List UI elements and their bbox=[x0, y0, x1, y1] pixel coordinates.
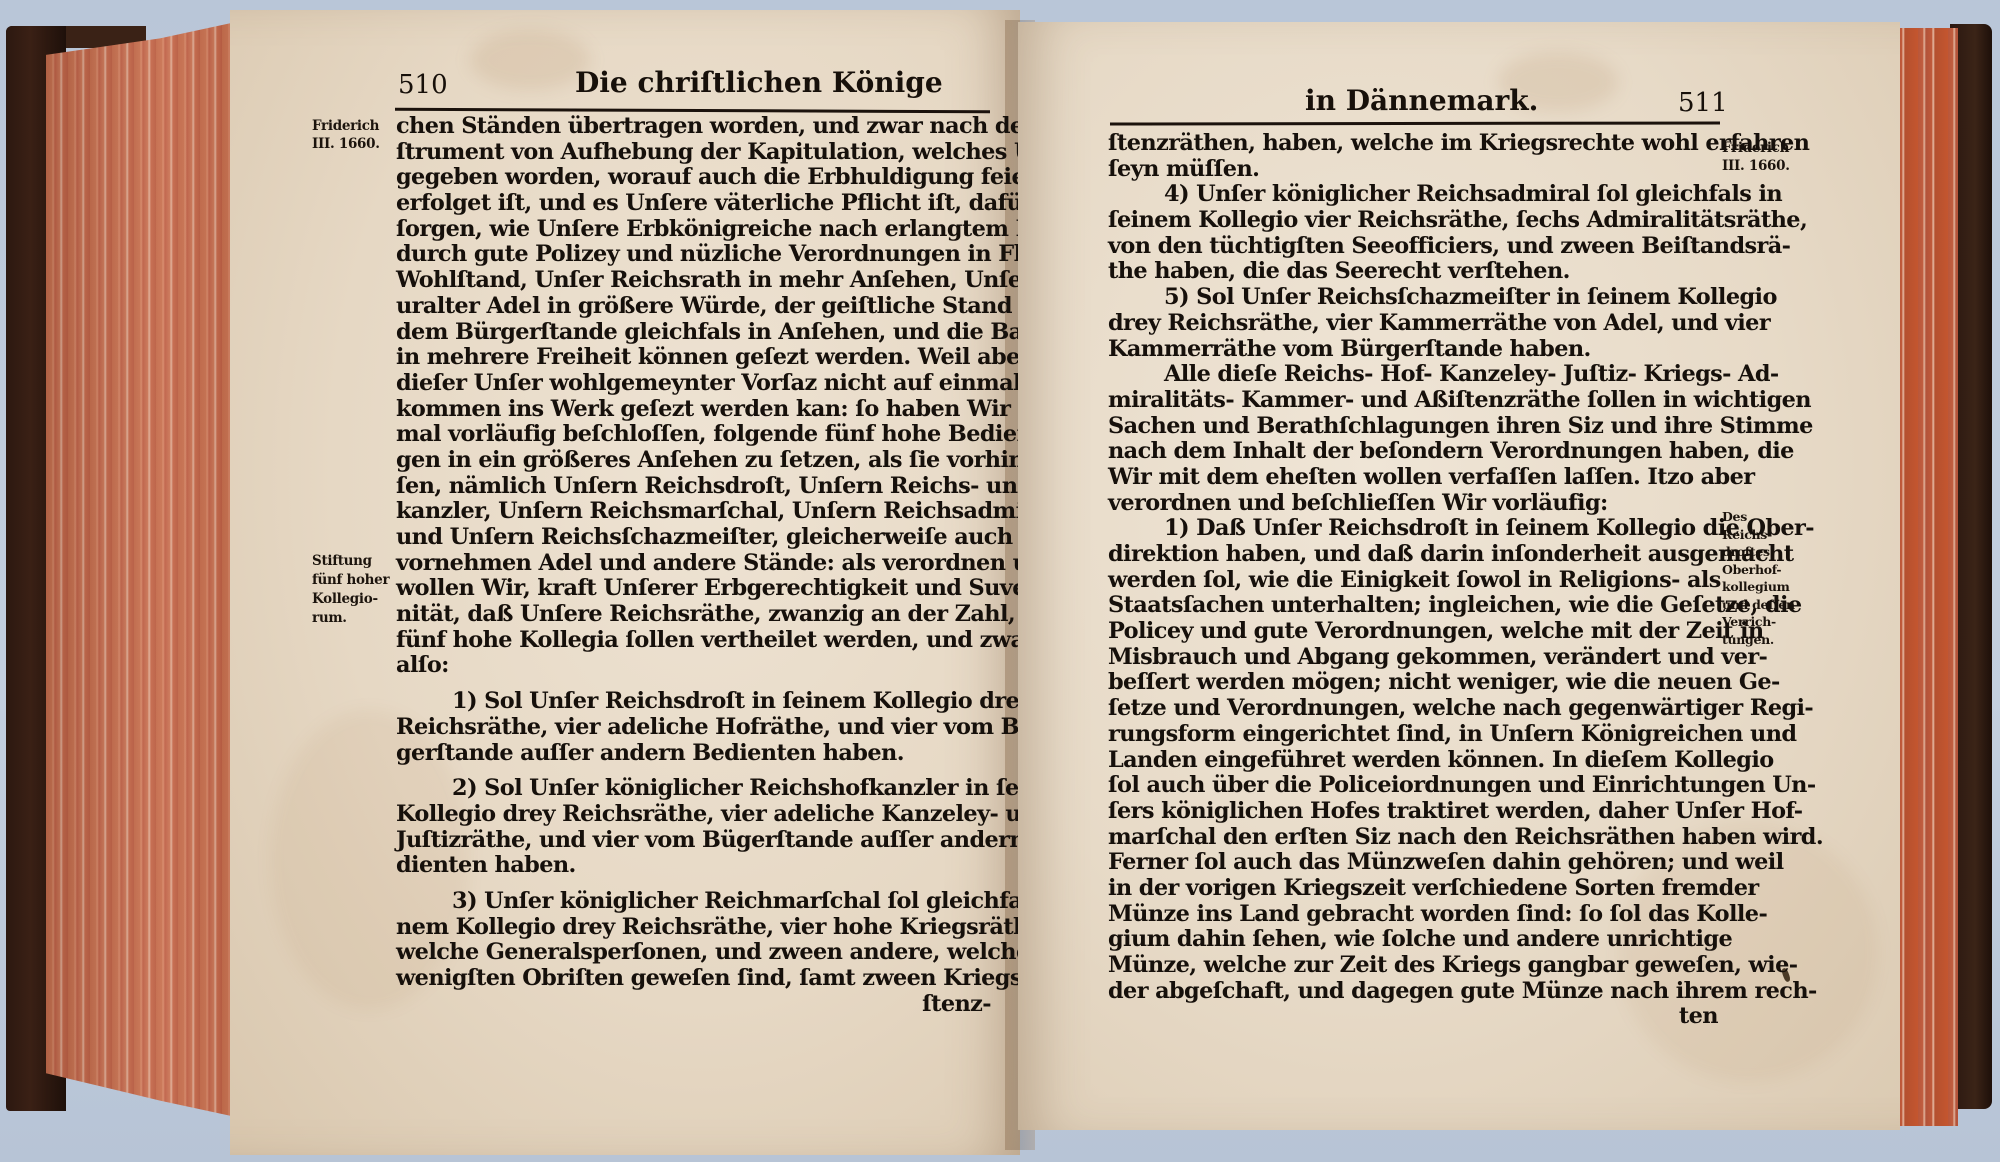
text-line: Ferner ſol auch das Münzweſen dahin gehö… bbox=[1108, 850, 1718, 876]
text-line: wollen Wir, kraft Unſerer Erbgerechtigke… bbox=[396, 576, 991, 602]
catchword: ſtenz- bbox=[396, 992, 991, 1018]
text-line: ſetze und Verordnungen, welche nach gege… bbox=[1108, 696, 1718, 722]
text-line: 1) Sol Unſer Reichsdroſt in ſeinem Kolle… bbox=[396, 689, 991, 715]
text-line: vornehmen Adel und andere Stände: als ve… bbox=[396, 551, 991, 577]
text-line: chen Ständen übertragen worden, und zwar… bbox=[396, 114, 991, 140]
text-line: und Unſern Reichsſchazmeiſter, gleicherw… bbox=[396, 525, 991, 551]
text-line: werden ſol, wie die Einigkeit ſowol in R… bbox=[1108, 568, 1718, 594]
text-line: ſol auch über die Policeiordnungen und E… bbox=[1108, 773, 1718, 799]
text-line: beſſert werden mögen; nicht weniger, wie… bbox=[1108, 670, 1718, 696]
text-line: Kammerräthe vom Bürgerſtande haben. bbox=[1108, 337, 1718, 363]
left-margin-note-date: Friderich III. 1660. bbox=[312, 117, 380, 153]
text-line: in der vorigen Kriegszeit verſchiedene S… bbox=[1108, 876, 1718, 902]
left-margin-note-stiftung: Stiftung fünf hoher Kollegio- rum. bbox=[312, 552, 389, 628]
left-page-body: chen Ständen übertragen worden, und zwar… bbox=[396, 114, 991, 1017]
text-line: 3) Unſer königlicher Reichmarſchal ſol g… bbox=[396, 889, 991, 915]
text-line: direktion haben, und daß darin inſonderh… bbox=[1108, 542, 1718, 568]
text-line: 5) Sol Unſer Reichsſchazmeiſter in ſeine… bbox=[1108, 285, 1718, 311]
text-line: gegeben worden, worauf auch die Erbhuldi… bbox=[396, 165, 991, 191]
text-line: kommen ins Werk geſezt werden kan: ſo ha… bbox=[396, 397, 991, 423]
text-line: Juſtizräthe, und vier vom Bügerſtande au… bbox=[396, 828, 991, 854]
left-page-number: 510 bbox=[398, 70, 448, 100]
text-line: miralitäts- Kammer- und Aßiſtenzräthe ſo… bbox=[1108, 388, 1718, 414]
text-line: gen in ein größeres Anſehen zu ſetzen, a… bbox=[396, 448, 991, 474]
text-line: 2) Sol Unſer königlicher Reichshofkanzle… bbox=[396, 776, 991, 802]
text-line: nem Kollegio drey Reichsräthe, vier hohe… bbox=[396, 915, 991, 941]
right-page-body: ſtenzräthen, haben, welche im Kriegsrech… bbox=[1108, 131, 1718, 1030]
text-line: welche Generalsperſonen, und zween ander… bbox=[396, 940, 991, 966]
text-line: Sachen und Berathſchlagungen ihren Siz u… bbox=[1108, 414, 1718, 440]
text-line: gium dahin ſehen, wie ſolche und andere … bbox=[1108, 927, 1718, 953]
text-line: ſeinem Kollegio vier Reichsräthe, ſechs … bbox=[1108, 208, 1718, 234]
text-line: ſeyn müſſen. bbox=[1108, 157, 1718, 183]
text-line: Misbrauch und Abgang gekommen, verändert… bbox=[1108, 645, 1718, 671]
text-line: ſtrument von Aufhebung der Kapitulation,… bbox=[396, 140, 991, 166]
text-line: gerſtande auſſer andern Bedienten haben. bbox=[396, 741, 991, 767]
text-line: nität, daß Unſere Reichsräthe, zwanzig a… bbox=[396, 602, 991, 628]
text-line: kanzler, Unſern Reichsmarſchal, Unſern R… bbox=[396, 499, 991, 525]
text-line: Wohlſtand, Unſer Reichsrath in mehr Anſe… bbox=[396, 268, 991, 294]
right-running-head: in Dännemark. bbox=[1305, 84, 1538, 117]
text-line: dem Bürgerſtande gleichfals in Anſehen, … bbox=[396, 320, 991, 346]
text-line: nach dem Inhalt der beſondern Verordnung… bbox=[1108, 439, 1718, 465]
text-line: uralter Adel in größere Würde, der geiſt… bbox=[396, 294, 991, 320]
text-line: Staatsſachen unterhalten; ingleichen, wi… bbox=[1108, 593, 1718, 619]
text-line: Landen eingeführet werden können. In die… bbox=[1108, 748, 1718, 774]
text-line: ſorgen, wie Unſere Erbkönigreiche nach e… bbox=[396, 217, 991, 243]
text-line: verordnen und beſchlieſſen Wir vorläufig… bbox=[1108, 491, 1718, 517]
text-line: Münze, welche zur Zeit des Kriegs gangba… bbox=[1108, 953, 1718, 979]
text-line: Wir mit dem eheſten wollen verfaſſen laſ… bbox=[1108, 465, 1718, 491]
text-line: the haben, die das Seerecht verſtehen. bbox=[1108, 259, 1718, 285]
text-line: erfolget iſt, und es Unſere väterliche P… bbox=[396, 191, 991, 217]
text-line: dienten haben. bbox=[396, 853, 991, 879]
text-line: ſtenzräthen, haben, welche im Kriegsrech… bbox=[1108, 131, 1718, 157]
text-line: Münze ins Land gebracht worden ſind: ſo … bbox=[1108, 902, 1718, 928]
text-line: rungsform eingerichtet ſind, in Unſern K… bbox=[1108, 722, 1718, 748]
text-line: Policey und gute Verordnungen, welche mi… bbox=[1108, 619, 1718, 645]
page-edges-left bbox=[46, 22, 236, 1117]
text-line: 1) Daß Unſer Reichsdroſt in ſeinem Kolle… bbox=[1108, 516, 1718, 542]
text-line: dieſer Unſer wohlgemeynter Vorſaz nicht … bbox=[396, 371, 991, 397]
text-line: in mehrere Freiheit können geſezt werden… bbox=[396, 345, 991, 371]
text-line: fünf hohe Kollegia ſollen vertheilet wer… bbox=[396, 628, 991, 654]
text-line: wenigſten Obriſten geweſen ſind, ſamt zw… bbox=[396, 966, 991, 992]
text-line: marſchal den erſten Siz nach den Reichsr… bbox=[1108, 825, 1718, 851]
text-line: 4) Unſer königlicher Reichsadmiral ſol g… bbox=[1108, 182, 1718, 208]
text-line: durch gute Polizey und nüzliche Verordnu… bbox=[396, 242, 991, 268]
text-line: mal vorläufig beſchloſſen, folgende fünf… bbox=[396, 422, 991, 448]
catchword: ten bbox=[1108, 1004, 1718, 1030]
text-line: alſo: bbox=[396, 653, 991, 679]
text-line: Reichsräthe, vier adeliche Hofräthe, und… bbox=[396, 715, 991, 741]
text-line: ſen, nämlich Unſern Reichsdroſt, Unſern … bbox=[396, 474, 991, 500]
text-line: von den tüchtigſten Seeofficiers, und zw… bbox=[1108, 234, 1718, 260]
paper-stain bbox=[470, 30, 590, 90]
text-line: drey Reichsräthe, vier Kammerräthe von A… bbox=[1108, 311, 1718, 337]
text-line: Alle dieſe Reichs- Hof- Kanzeley- Juſtiz… bbox=[1108, 362, 1718, 388]
right-page-number: 511 bbox=[1678, 88, 1728, 118]
text-line: ſers königlichen Hofes traktiret werden,… bbox=[1108, 799, 1718, 825]
text-line: der abgeſchaft, und dagegen gute Münze n… bbox=[1108, 979, 1718, 1005]
left-running-head: Die chriſtlichen Könige bbox=[575, 66, 943, 99]
text-line: Kollegio drey Reichsräthe, vier adeliche… bbox=[396, 802, 991, 828]
